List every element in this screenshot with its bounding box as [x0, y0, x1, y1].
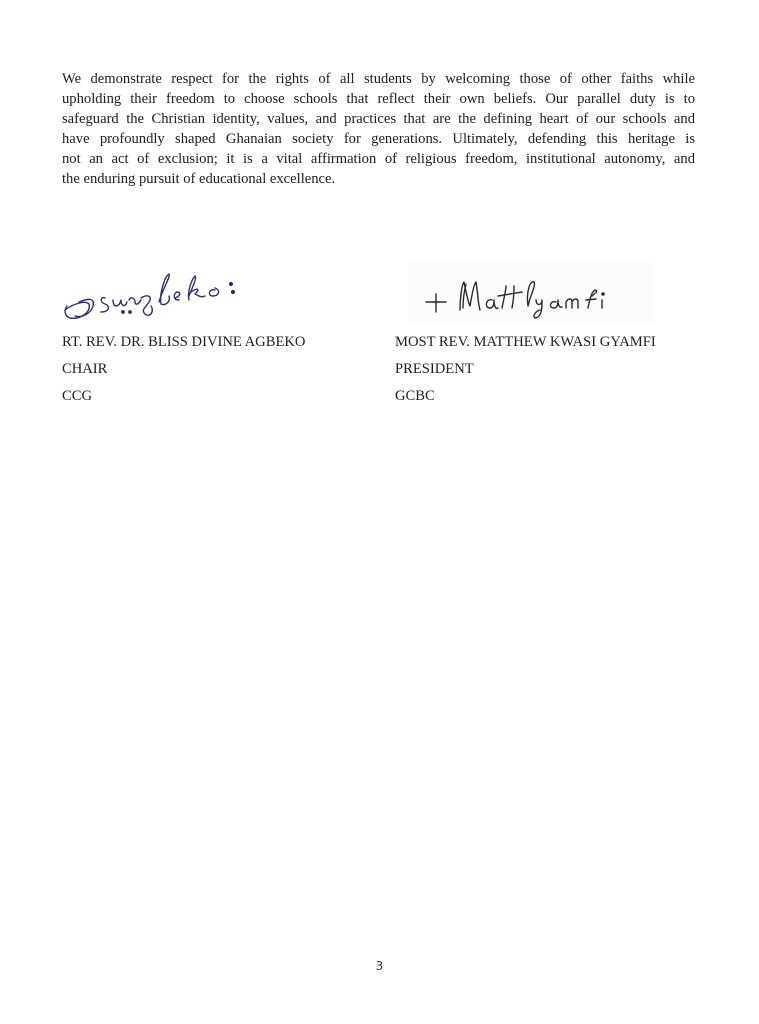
signature-agbeko [55, 258, 295, 328]
signatory-block-left: RT. REV. DR. BLISS DIVINE AGBEKO CHAIR C… [62, 332, 305, 413]
signatory-name: RT. REV. DR. BLISS DIVINE AGBEKO [62, 332, 305, 359]
paragraph-line: the enduring pursuit of educational exce… [62, 169, 695, 189]
document-page: We demonstrate respect for the rights of… [0, 0, 759, 1024]
handwritten-signature-agbeko-icon [55, 258, 295, 328]
page-number: 3 [0, 959, 759, 973]
signatory-block-right: MOST REV. MATTHEW KWASI GYAMFI PRESIDENT… [395, 332, 656, 413]
signatory-title: PRESIDENT [395, 359, 656, 386]
paragraph-line: safeguard the Christian identity, values… [62, 109, 695, 129]
signatory-name: MOST REV. MATTHEW KWASI GYAMFI [395, 332, 656, 359]
paragraph-line: We demonstrate respect for the rights of… [62, 69, 695, 89]
signatory-title: CHAIR [62, 359, 305, 386]
paragraph-line: have profoundly shaped Ghanaian society … [62, 129, 695, 149]
signature-gyamfi [408, 262, 653, 324]
signatory-organization: GCBC [395, 386, 656, 413]
handwritten-signature-gyamfi-icon [408, 262, 653, 324]
paragraph-line: upholding their freedom to choose school… [62, 89, 695, 109]
closing-paragraph: We demonstrate respect for the rights of… [62, 69, 695, 189]
paragraph-line: not an act of exclusion; it is a vital a… [62, 149, 695, 169]
signatory-organization: CCG [62, 386, 305, 413]
